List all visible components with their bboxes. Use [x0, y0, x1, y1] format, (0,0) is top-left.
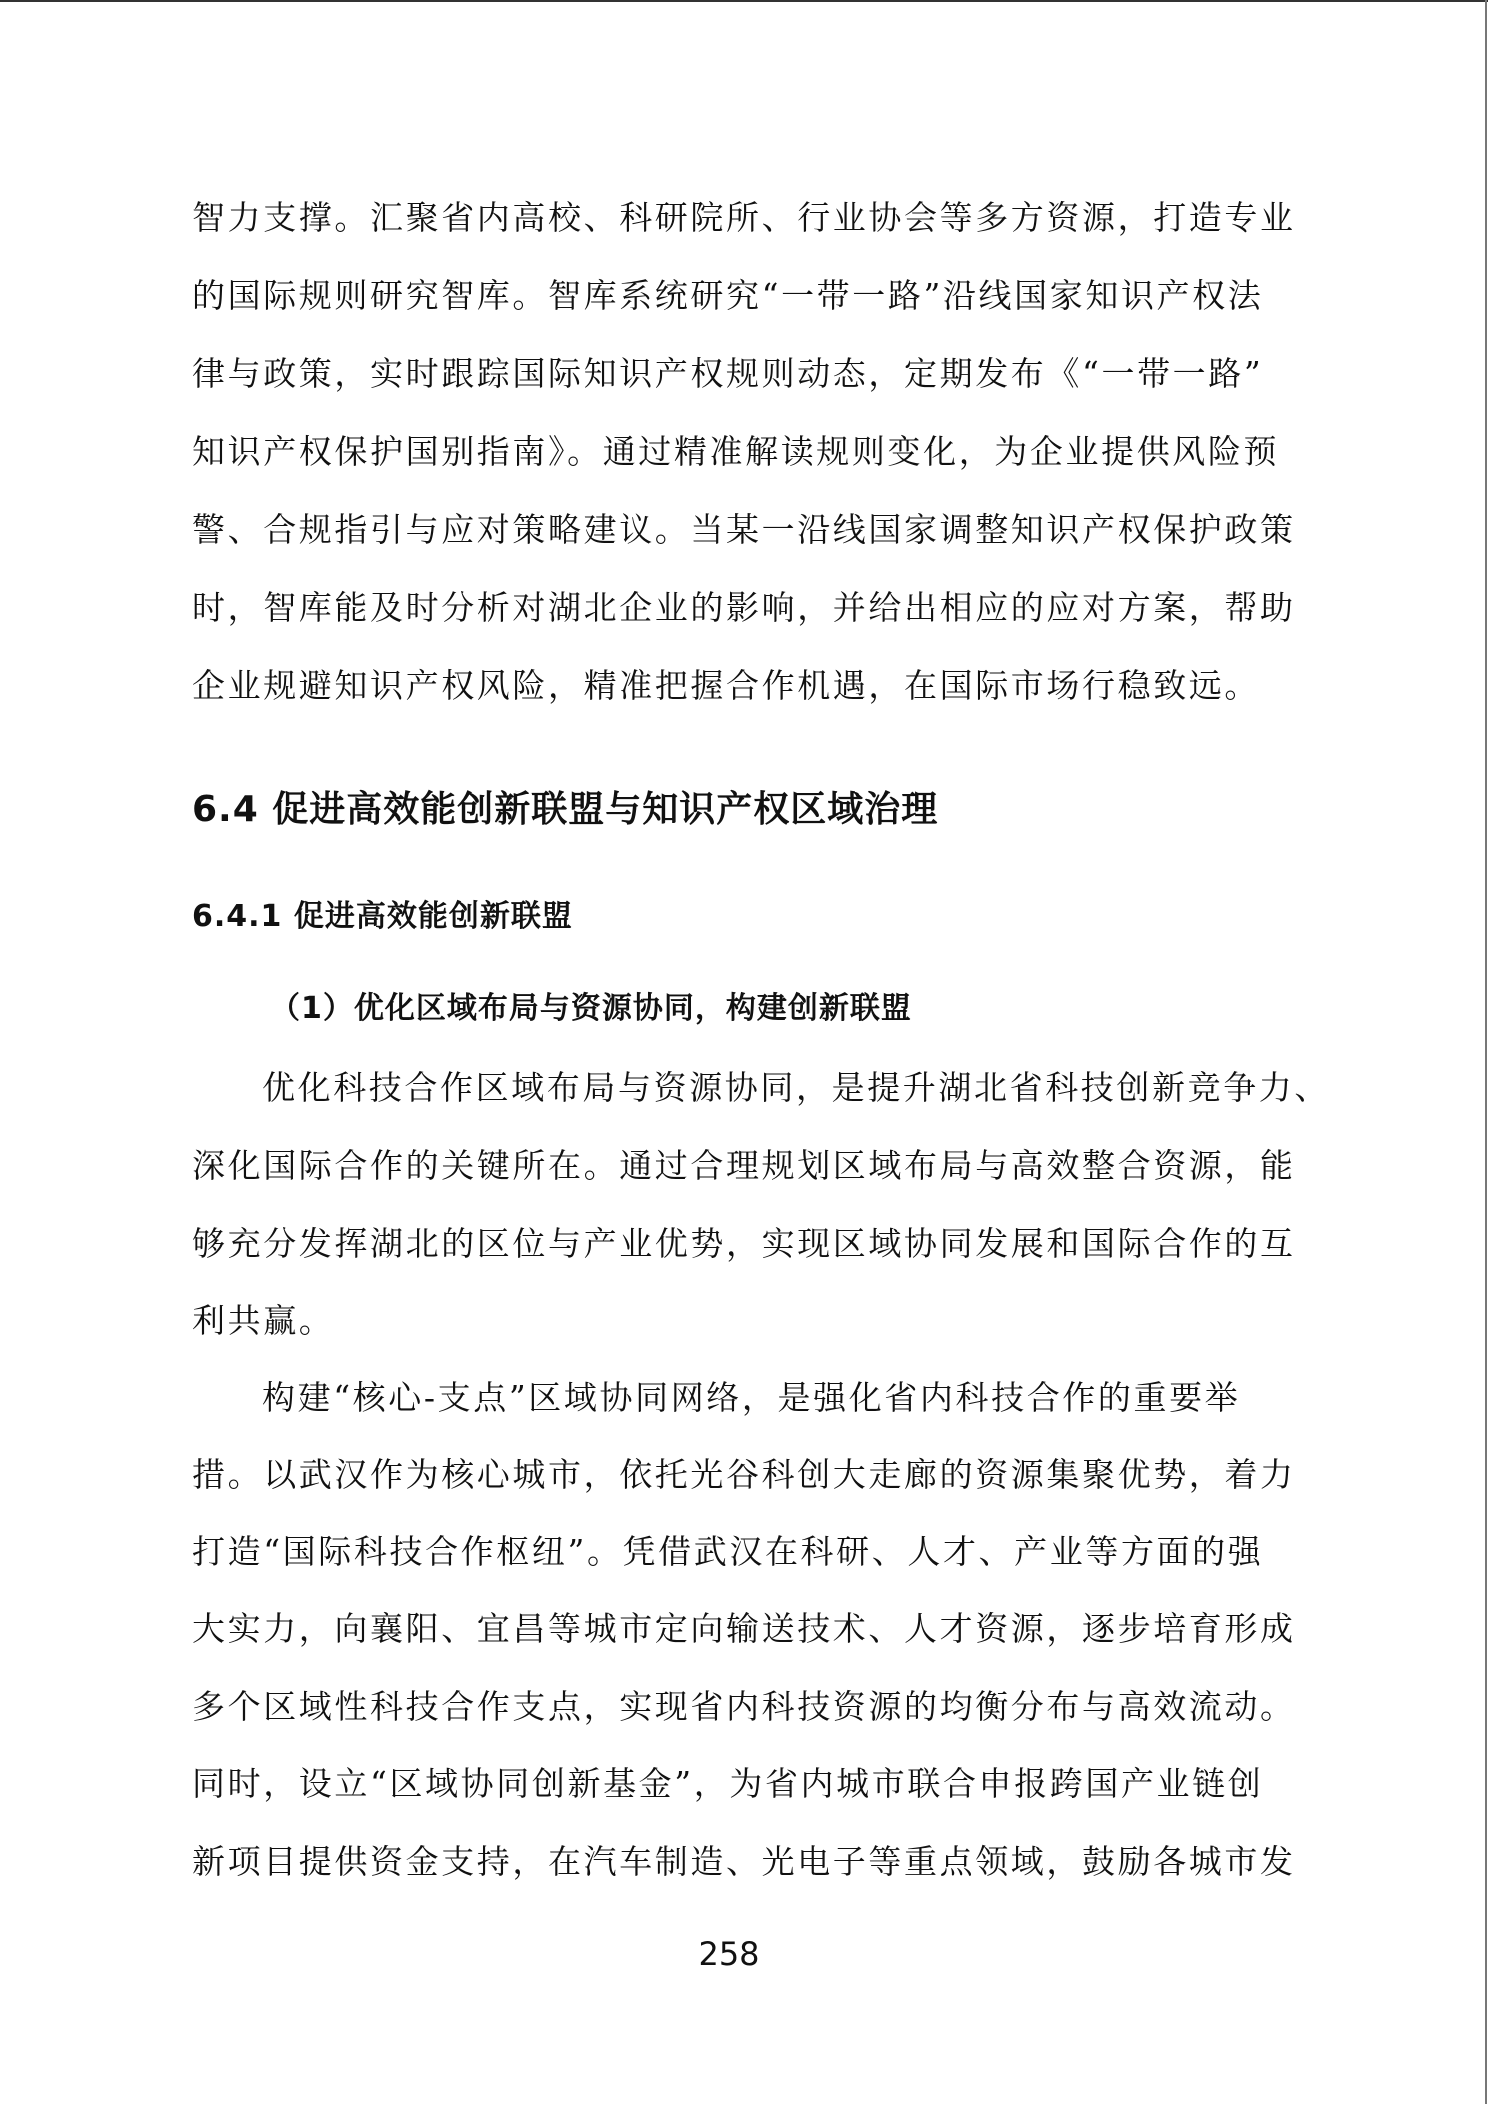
page-top-border — [0, 0, 1488, 2]
text-line: 新项目提供资金支持，在汽车制造、光电子等重点领域，鼓励各城市发 — [192, 1842, 1292, 1882]
text-line: 大实力，向襄阳、宜昌等城市定向输送技术、人才资源，逐步培育形成 — [192, 1609, 1292, 1649]
text-line: 够充分发挥湖北的区位与产业优势，实现区域协同发展和国际合作的互 — [192, 1224, 1292, 1264]
section-heading: 6.4 促进高效能创新联盟与知识产权区域治理 — [192, 788, 938, 832]
text-line: 智力支撑。汇聚省内高校、科研院所、行业协会等多方资源，打造专业 — [192, 198, 1292, 238]
text-line: 措。以武汉作为核心城市，依托光谷科创大走廊的资源集聚优势，着力 — [192, 1455, 1292, 1495]
text-line: 打造“国际科技合作枢纽”。凭借武汉在科研、人才、产业等方面的强 — [192, 1532, 1292, 1572]
text-line: 警、合规指引与应对策略建议。当某一沿线国家调整知识产权保护政策 — [192, 510, 1292, 550]
text-line: 的国际规则研究智库。智库系统研究“一带一路”沿线国家知识产权法 — [192, 276, 1292, 316]
text-line: 时，智库能及时分析对湖北企业的影响，并给出相应的应对方案，帮助 — [192, 588, 1292, 628]
text-line: 构建“核心-支点”区域协同网络，是强化省内科技合作的重要举 — [262, 1378, 1362, 1418]
subsection-heading: 6.4.1 促进高效能创新联盟 — [192, 898, 573, 936]
page-right-border — [1485, 0, 1487, 2104]
page-number: 258 — [0, 1934, 1458, 1974]
text-line: 同时，设立“区域协同创新基金”，为省内城市联合申报跨国产业链创 — [192, 1764, 1292, 1804]
text-line: 深化国际合作的关键所在。通过合理规划区域布局与高效整合资源，能 — [192, 1146, 1292, 1186]
text-line: 多个区域性科技合作支点，实现省内科技资源的均衡分布与高效流动。 — [192, 1687, 1292, 1727]
text-line: 律与政策，实时跟踪国际知识产权规则动态，定期发布《“一带一路” — [192, 354, 1292, 394]
item-heading: （1）优化区域布局与资源协同，构建创新联盟 — [270, 990, 912, 1028]
text-line: 企业规避知识产权风险，精准把握合作机遇，在国际市场行稳致远。 — [192, 666, 1292, 706]
text-line: 利共赢。 — [192, 1301, 1292, 1341]
text-line: 优化科技合作区域布局与资源协同，是提升湖北省科技创新竞争力、 — [262, 1068, 1362, 1108]
text-line: 知识产权保护国别指南》。通过精准解读规则变化，为企业提供风险预 — [192, 432, 1292, 472]
